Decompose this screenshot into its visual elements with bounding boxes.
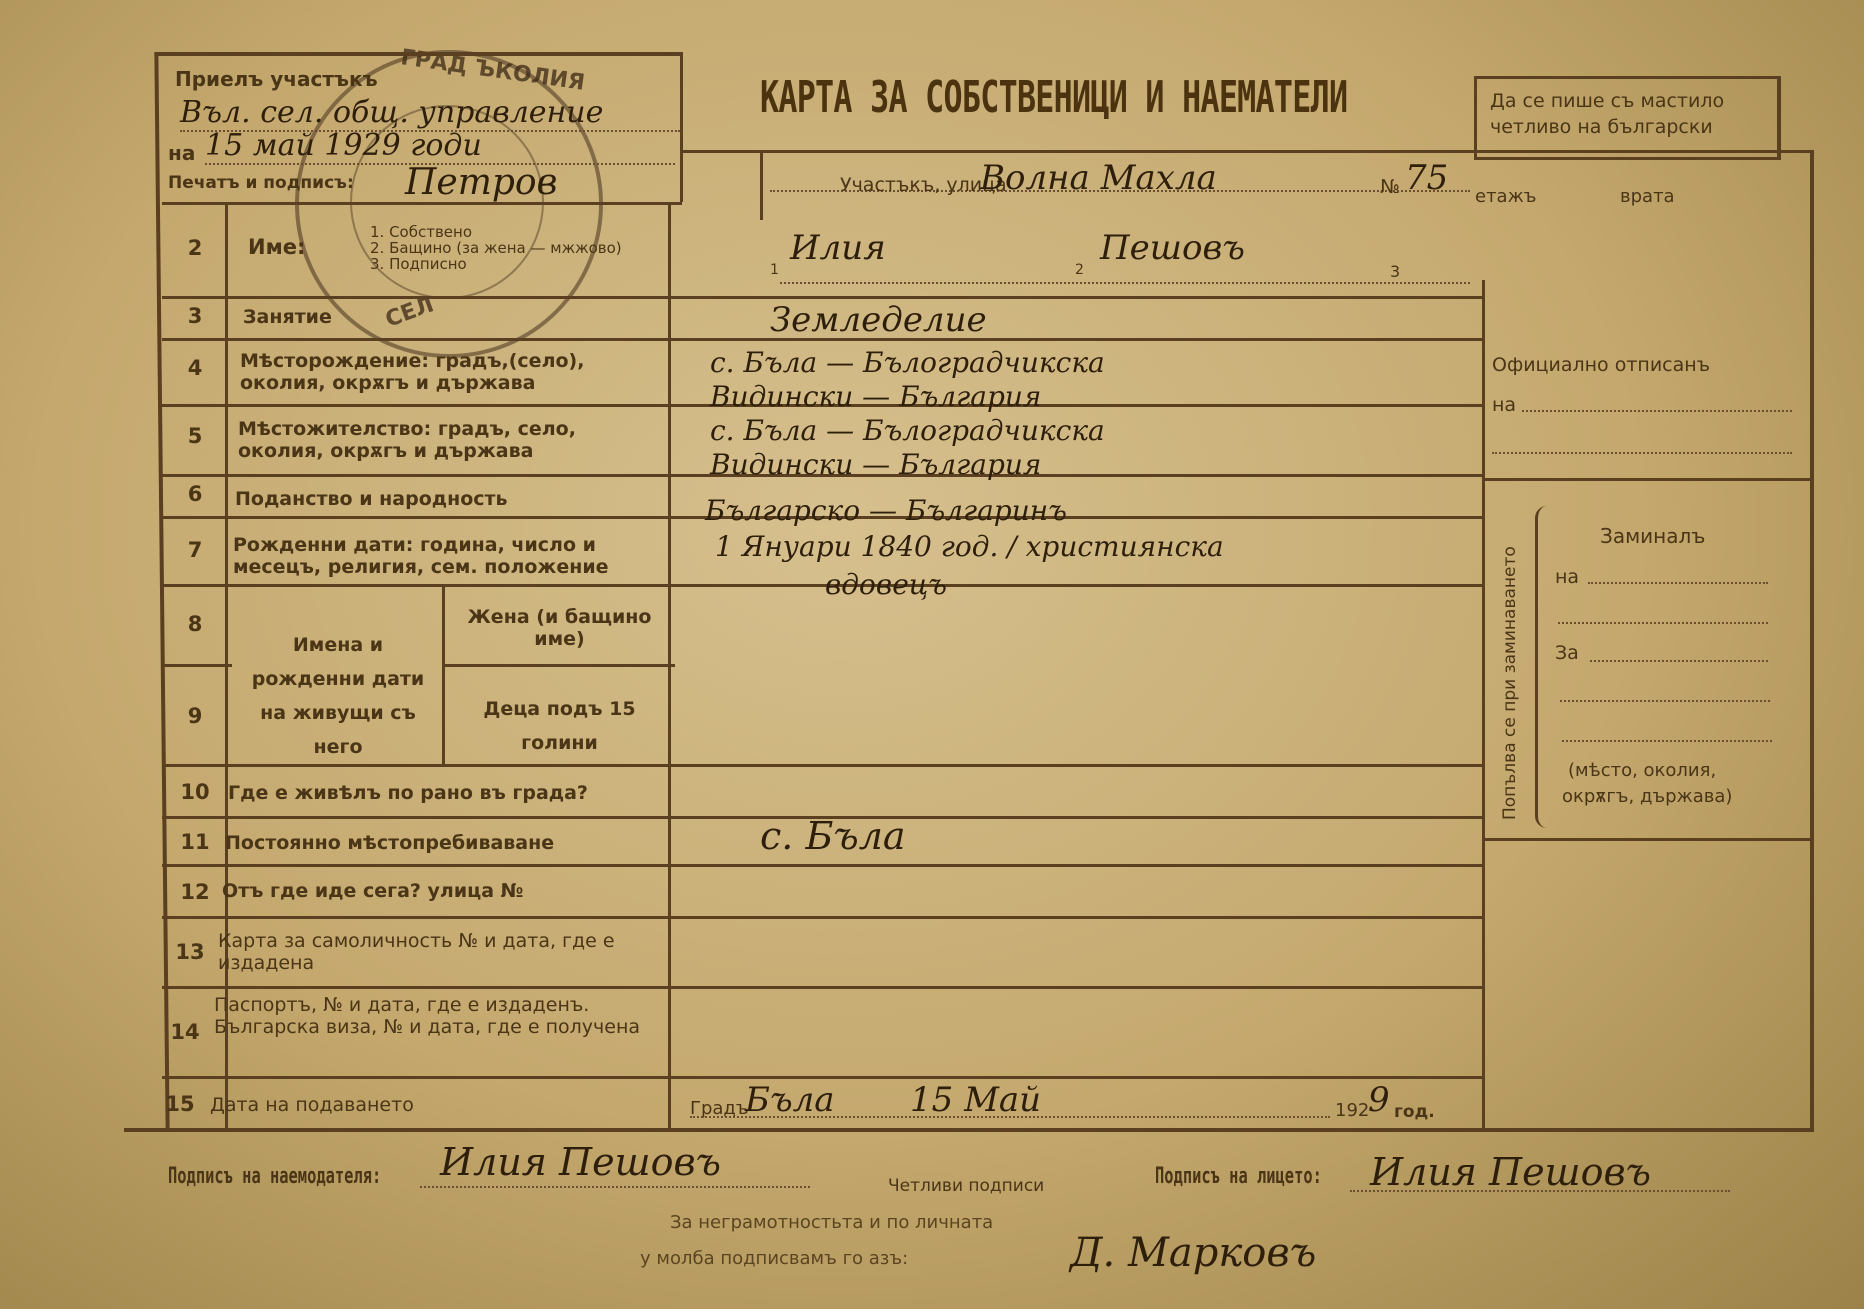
frame-bottom <box>124 1128 1814 1132</box>
departed-on-dotline <box>1588 582 1768 584</box>
birthplace-value-1: с. Бъла — Бълоградчикска <box>710 346 1105 379</box>
witness-signature: Д. Марковъ <box>1070 1230 1316 1276</box>
year-label: год. <box>1394 1102 1435 1122</box>
departed-to-label: За <box>1555 642 1579 664</box>
received-signature: Петров <box>405 162 558 203</box>
received-stamp-sign-label: Печатъ и подписъ: <box>168 172 354 194</box>
city-label: Градъ <box>690 1098 749 1119</box>
row-num-8: 8 <box>160 612 230 636</box>
father-name-value: Пешовъ <box>1100 228 1245 268</box>
received-box-right <box>680 52 683 202</box>
removed-on-label: на <box>1492 394 1516 416</box>
received-date-value: 15 май 1929 годи <box>205 128 675 165</box>
row-num-7: 7 <box>160 538 230 562</box>
row-name-sub3: 3. Подписно <box>370 256 467 272</box>
year-prefix: 192 <box>1335 1100 1369 1121</box>
right-panel-divider <box>1482 280 1485 1130</box>
removed-on-dotline <box>1522 410 1792 412</box>
officially-removed-label: Официално отписанъ <box>1492 354 1710 376</box>
row-label-prev-residence: Где е живѣлъ по рано въ града? <box>228 782 588 804</box>
year-suffix: 9 <box>1368 1080 1390 1120</box>
received-precinct-value: Въл. сел. общ. управление <box>180 95 680 132</box>
tenant-signature: Илия Пешовъ <box>440 1140 721 1184</box>
birthdate-value: 1 Януари 1840 год. / християнска <box>715 530 1224 563</box>
address-divider <box>760 150 763 220</box>
person-signature-label: Подписъ на лицето: <box>1155 1164 1322 1189</box>
row-label-permanent: Постоянно мѣстопребиваване <box>225 832 554 854</box>
name-index-3: 3 <box>1390 262 1400 281</box>
birthplace-value-2: Видински — България <box>710 380 1041 413</box>
row-label-passport: Паспортъ, № и дата, где е издаденъ. Бълг… <box>214 994 654 1038</box>
received-precinct-label: Приелъ участъкъ <box>175 68 378 90</box>
departed-to-dotline <box>1590 660 1768 662</box>
departure-brace <box>1535 506 1550 828</box>
row-label-coming-from: Отъ где иде сега? улица № <box>222 880 524 902</box>
row-label-residence: Мѣстожителство: градъ, село, околия, окр… <box>238 418 658 462</box>
removed-on-dotline-2 <box>1492 452 1792 454</box>
departed-to-dotline-3 <box>1562 740 1772 742</box>
illiterate-note-2: у молба подписвамъ го азъ: <box>640 1248 908 1269</box>
row-num-5: 5 <box>160 424 230 448</box>
address-street-value: Волна Махла <box>980 158 1217 198</box>
received-on-label: на <box>168 142 195 164</box>
place-note-2: окрѫгъ, държава) <box>1562 786 1732 807</box>
address-no-value: 75 <box>1405 158 1448 198</box>
departed-on-label: на <box>1555 566 1579 588</box>
city-value: Бъла <box>745 1080 835 1120</box>
illiterate-note-1: За неграмотностьта и по личната <box>670 1212 993 1233</box>
ink-note-line1: Да се пише съ мастило <box>1490 90 1724 112</box>
row-num-13: 13 <box>155 940 225 964</box>
tenant-signature-label: Подписъ на наемодателя: <box>168 1164 381 1189</box>
address-no-label: № <box>1380 176 1400 198</box>
row-label-citizenship: Поданство и народность <box>235 488 508 510</box>
row-num-15: 15 <box>145 1092 215 1116</box>
row-num-9: 9 <box>160 704 230 728</box>
row-label-cohabitants: Имена и рожденни дати на живущи съ него <box>238 628 438 764</box>
row-num-10: 10 <box>160 780 230 804</box>
row-name-sub2: 2. Бащино (за жена — мжжово) <box>370 240 622 256</box>
frame-top-left <box>158 52 683 56</box>
departed-label: Заминалъ <box>1600 524 1705 548</box>
address-top-line <box>680 150 1810 153</box>
row-label-birthdate: Рожденни дати: година, число и месецъ, р… <box>233 534 663 578</box>
place-note-1: (мѣсто, околия, <box>1568 760 1716 781</box>
address-door-label: врата <box>1620 186 1675 207</box>
frame-left <box>154 52 169 1132</box>
row-label-birthplace: Мѣсторождение: градъ,(село), околия, окр… <box>240 350 660 394</box>
legible-signatures-label: Четливи подписи <box>888 1176 1044 1196</box>
person-signature: Илия Пешовъ <box>1370 1150 1651 1194</box>
row-label-children: Деца подъ 15 голини <box>452 692 667 760</box>
name-index-2: 2 <box>1075 262 1084 278</box>
row-num-12: 12 <box>160 880 230 904</box>
row-num-2: 2 <box>160 236 230 260</box>
citizenship-value: Българско — Българинъ <box>705 494 1067 527</box>
page-title: КАРТА ЗА СОБСТВЕНИЦИ И НАЕМАТЕЛИ <box>760 72 1347 123</box>
row-label-id-card: Карта за самоличность № и дата, где е из… <box>218 930 658 974</box>
residence-value-1: с. Бъла — Бълоградчикска <box>710 414 1105 447</box>
ink-note-line2: четливо на български <box>1490 116 1713 138</box>
row-num-11: 11 <box>160 830 230 854</box>
departed-on-dotline-2 <box>1558 622 1768 624</box>
tenant-signature-line <box>420 1186 810 1188</box>
first-name-value: Илия <box>790 228 886 268</box>
frame-right <box>1810 150 1814 1130</box>
row-label-name: Име: <box>248 236 305 258</box>
occupation-value: Земледелие <box>770 300 987 340</box>
row-name-sub1: 1. Собствено <box>370 224 472 240</box>
permanent-residence-value: с. Бъла <box>760 814 906 858</box>
residence-value-2: Видински — България <box>710 448 1041 481</box>
departure-vertical-note: Попълва се при заминаването <box>1500 546 1520 820</box>
row-num-14: 14 <box>150 1020 220 1044</box>
submission-date-value: 15 Май <box>910 1080 1041 1120</box>
address-floor-label: етажъ <box>1475 186 1537 207</box>
name-dotline <box>780 282 1470 284</box>
row-num-3: 3 <box>160 304 230 328</box>
row-num-4: 4 <box>160 356 230 380</box>
marital-status-value: вдовецъ <box>825 568 947 601</box>
departed-to-dotline-2 <box>1560 700 1770 702</box>
name-index-1: 1 <box>770 262 779 278</box>
row-label-wife: Жена (и бащино име) <box>452 606 667 650</box>
row-label-occupation: Занятие <box>243 306 332 328</box>
row-label-submission-date: Дата на подаването <box>210 1094 414 1116</box>
row-num-6: 6 <box>160 482 230 506</box>
